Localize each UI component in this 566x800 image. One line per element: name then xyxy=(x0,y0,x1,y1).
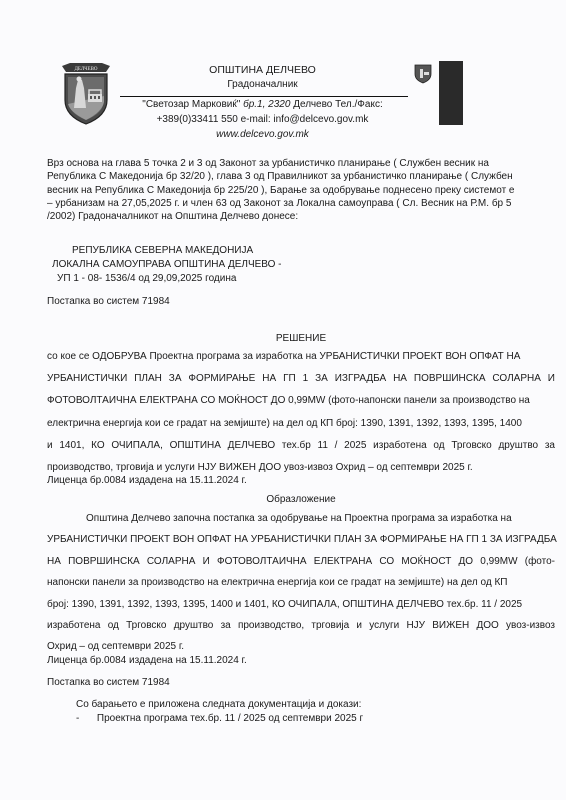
explanation-heading: Образложение xyxy=(47,494,555,506)
explanation-line: НА ПОВРШИНСКА СОЛАРНА И ФОТОВОЛТАИЧНА ЕЛ… xyxy=(47,551,555,572)
attachments-intro: Со барањето е приложена следната докумен… xyxy=(76,699,361,711)
decision-line: ФОТОВОЛТАИЧНА ЕЛЕКТРАНА СО МОЌНОСТ ДО 0,… xyxy=(47,390,555,412)
procedure-system-number: Постапка во систем 71984 xyxy=(47,296,170,308)
decision-line: и 1401, КО ОЧИПАЛА, ОПШТИНА ДЕЛЧЕВО тех.… xyxy=(47,435,555,457)
decision-line: со кое се ОДОБРУВА Проектна програма за … xyxy=(47,346,555,368)
municipality-name: ОПШТИНА ДЕЛЧЕВО xyxy=(115,64,410,76)
address-street: "Светозар Марковиќ" xyxy=(142,99,240,110)
address-line: "Светозар Марковиќ" бр.1, 2320 Делчево Т… xyxy=(115,99,410,110)
decision-line: УРБАНИСТИЧКИ ПЛАН ЗА ФОРМИРАЊЕ НА ГП 1 З… xyxy=(47,368,555,390)
decision-paragraph: со кое се ОДОБРУВА Проектна програма за … xyxy=(47,346,555,479)
municipality-coat-of-arms-icon: ДЕЛЧЕВО xyxy=(60,60,112,126)
attachment-text: Проектна програма тех.бр. 11 / 2025 од с… xyxy=(97,713,363,724)
preamble-line: – урбанизам на 27,05,2025 г. и член 63 о… xyxy=(47,197,555,210)
contact-line: +389(0)33411 550 e-mail: info@delcevo.go… xyxy=(115,114,410,125)
preamble-line: Врз основа на глава 5 точка 2 и 3 од Зак… xyxy=(47,157,555,170)
website-link[interactable]: www.delcevo.gov.mk xyxy=(115,129,410,140)
explanation-line: Општина Делчево започна постапка за одоб… xyxy=(47,508,555,529)
small-coat-of-arms-icon xyxy=(414,62,432,84)
explanation-line: УРБАНИСТИЧКИ ПРОЕКТ ВОН ОПФАТ НА УРБАНИС… xyxy=(47,529,555,550)
preamble-paragraph: Врз основа на глава 5 точка 2 и 3 од Зак… xyxy=(47,157,555,223)
address-city: Делчево Тел./Факс: xyxy=(290,99,382,110)
letterhead-dark-bar xyxy=(439,61,463,125)
explanation-line: број: 1390, 1391, 1392, 1393, 1395, 1400… xyxy=(47,594,555,615)
decision-heading: РЕШЕНИЕ xyxy=(47,333,555,345)
explanation-procedure: Постапка во систем 71984 xyxy=(47,677,170,689)
logo-banner-text: ДЕЛЧЕВО xyxy=(74,67,97,72)
attachment-bullet: - xyxy=(76,713,79,724)
explanation-license: Лиценца бр.0084 издадена на 15.11.2024 г… xyxy=(47,655,247,667)
address-number: бр.1, 2320 xyxy=(240,99,290,110)
preamble-line: весник на Република С Македонија бр 225/… xyxy=(47,184,555,197)
attachment-item: - Проектна програма тех.бр. 11 / 2025 од… xyxy=(76,713,363,725)
explanation-line: изработена од Трговско друштво за произв… xyxy=(47,615,555,636)
preamble-line: Република С Македонија бр 32/20 ), глава… xyxy=(47,170,555,183)
office-title: Градоначалник xyxy=(115,79,410,90)
reference-number-date: УП 1 - 08- 1536/4 од 29,09,2025 година xyxy=(57,273,236,285)
preamble-line: /2002) Градоначалникот на Општина Делчев… xyxy=(47,210,555,223)
reference-country: РЕПУБЛИКА СЕВЕРНА МАКЕДОНИЈА xyxy=(72,245,253,257)
reference-authority: ЛОКАЛНА САМОУПРАВА ОПШТИНА ДЕЛЧЕВО - xyxy=(52,259,282,271)
explanation-paragraph: Општина Делчево започна постапка за одоб… xyxy=(47,508,555,658)
decision-license: Лиценца бр.0084 издадена на 15.11.2024 г… xyxy=(47,475,247,487)
explanation-line: напонски панели за производство на елект… xyxy=(47,572,555,593)
document-page: ДЕЛЧЕВО ОПШТИНА ДЕЛЧЕВО Градоначалник "С… xyxy=(0,0,566,800)
letterhead-divider xyxy=(120,96,408,97)
decision-line: електрична енергија кои се градат на зем… xyxy=(47,413,555,435)
